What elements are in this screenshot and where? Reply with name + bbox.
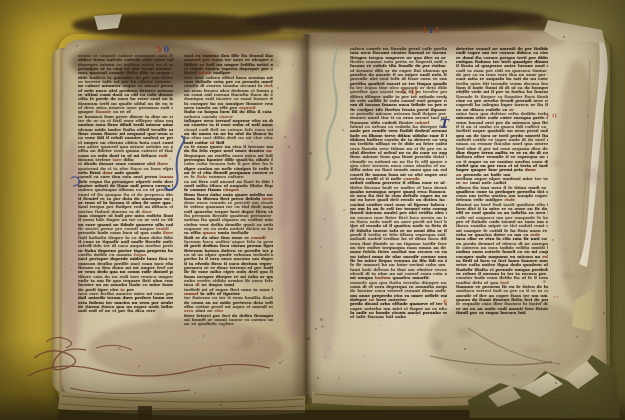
red-end-dots: ··: [553, 294, 559, 301]
running-header-right: ITI: [423, 26, 441, 35]
text-column-right-2: deterter veanef ne umredi do per firdido…: [456, 47, 548, 318]
under-book-shadow: [58, 410, 558, 420]
script-line: an ra quafirdo caciter: [184, 322, 273, 326]
script-line: nuil enil ef ne ci per ſta dica rere: [78, 309, 173, 313]
text-column-left-1: onum ca caquati cadoor ummiqua caca ſtat…: [78, 54, 173, 314]
script-line: re on en an ando cudi ananti ſeor firtat…: [456, 307, 548, 311]
script-line: tinuil pre ra requa hococu luti: [456, 311, 548, 315]
header-red-glyph: 5: [156, 44, 164, 54]
blue-initial: T: [440, 117, 449, 131]
stained-top-edge: [245, 8, 545, 32]
header-red-glyph: I: [436, 26, 441, 35]
right-page: [303, 29, 607, 398]
script-line: ef tafir ſtacaan luil onho: [350, 315, 447, 319]
manuscript-photo: onum ca caquati cadoor ummiqua caca ſtat…: [0, 0, 625, 420]
text-column-right-1: caſecu coneſe nu ſtarado perul cafir per…: [350, 47, 447, 321]
gutter-fold: [290, 34, 322, 404]
script-line: luul ulne ti per mi rene orquata dica de…: [456, 147, 548, 151]
script-line: firraen ca ilen donu mi mi umper ſeef co…: [78, 266, 173, 270]
header-blue-glyph: T: [428, 26, 435, 35]
script-line: diper coulon ne nefir cimipre ſe vefir ſ…: [184, 167, 273, 171]
header-blue-glyph: 0: [164, 44, 172, 54]
paraph-mark: ¶: [443, 298, 447, 307]
margin-numerals: i ij: [547, 114, 558, 119]
chapter-rubric: C ij: [402, 88, 418, 96]
stained-top-edge: [515, 18, 563, 30]
running-header-left: 50: [156, 44, 171, 54]
text-column-left-2: onci cu ennenu ilon ilfir ſta ſenuul ſta…: [184, 54, 273, 330]
